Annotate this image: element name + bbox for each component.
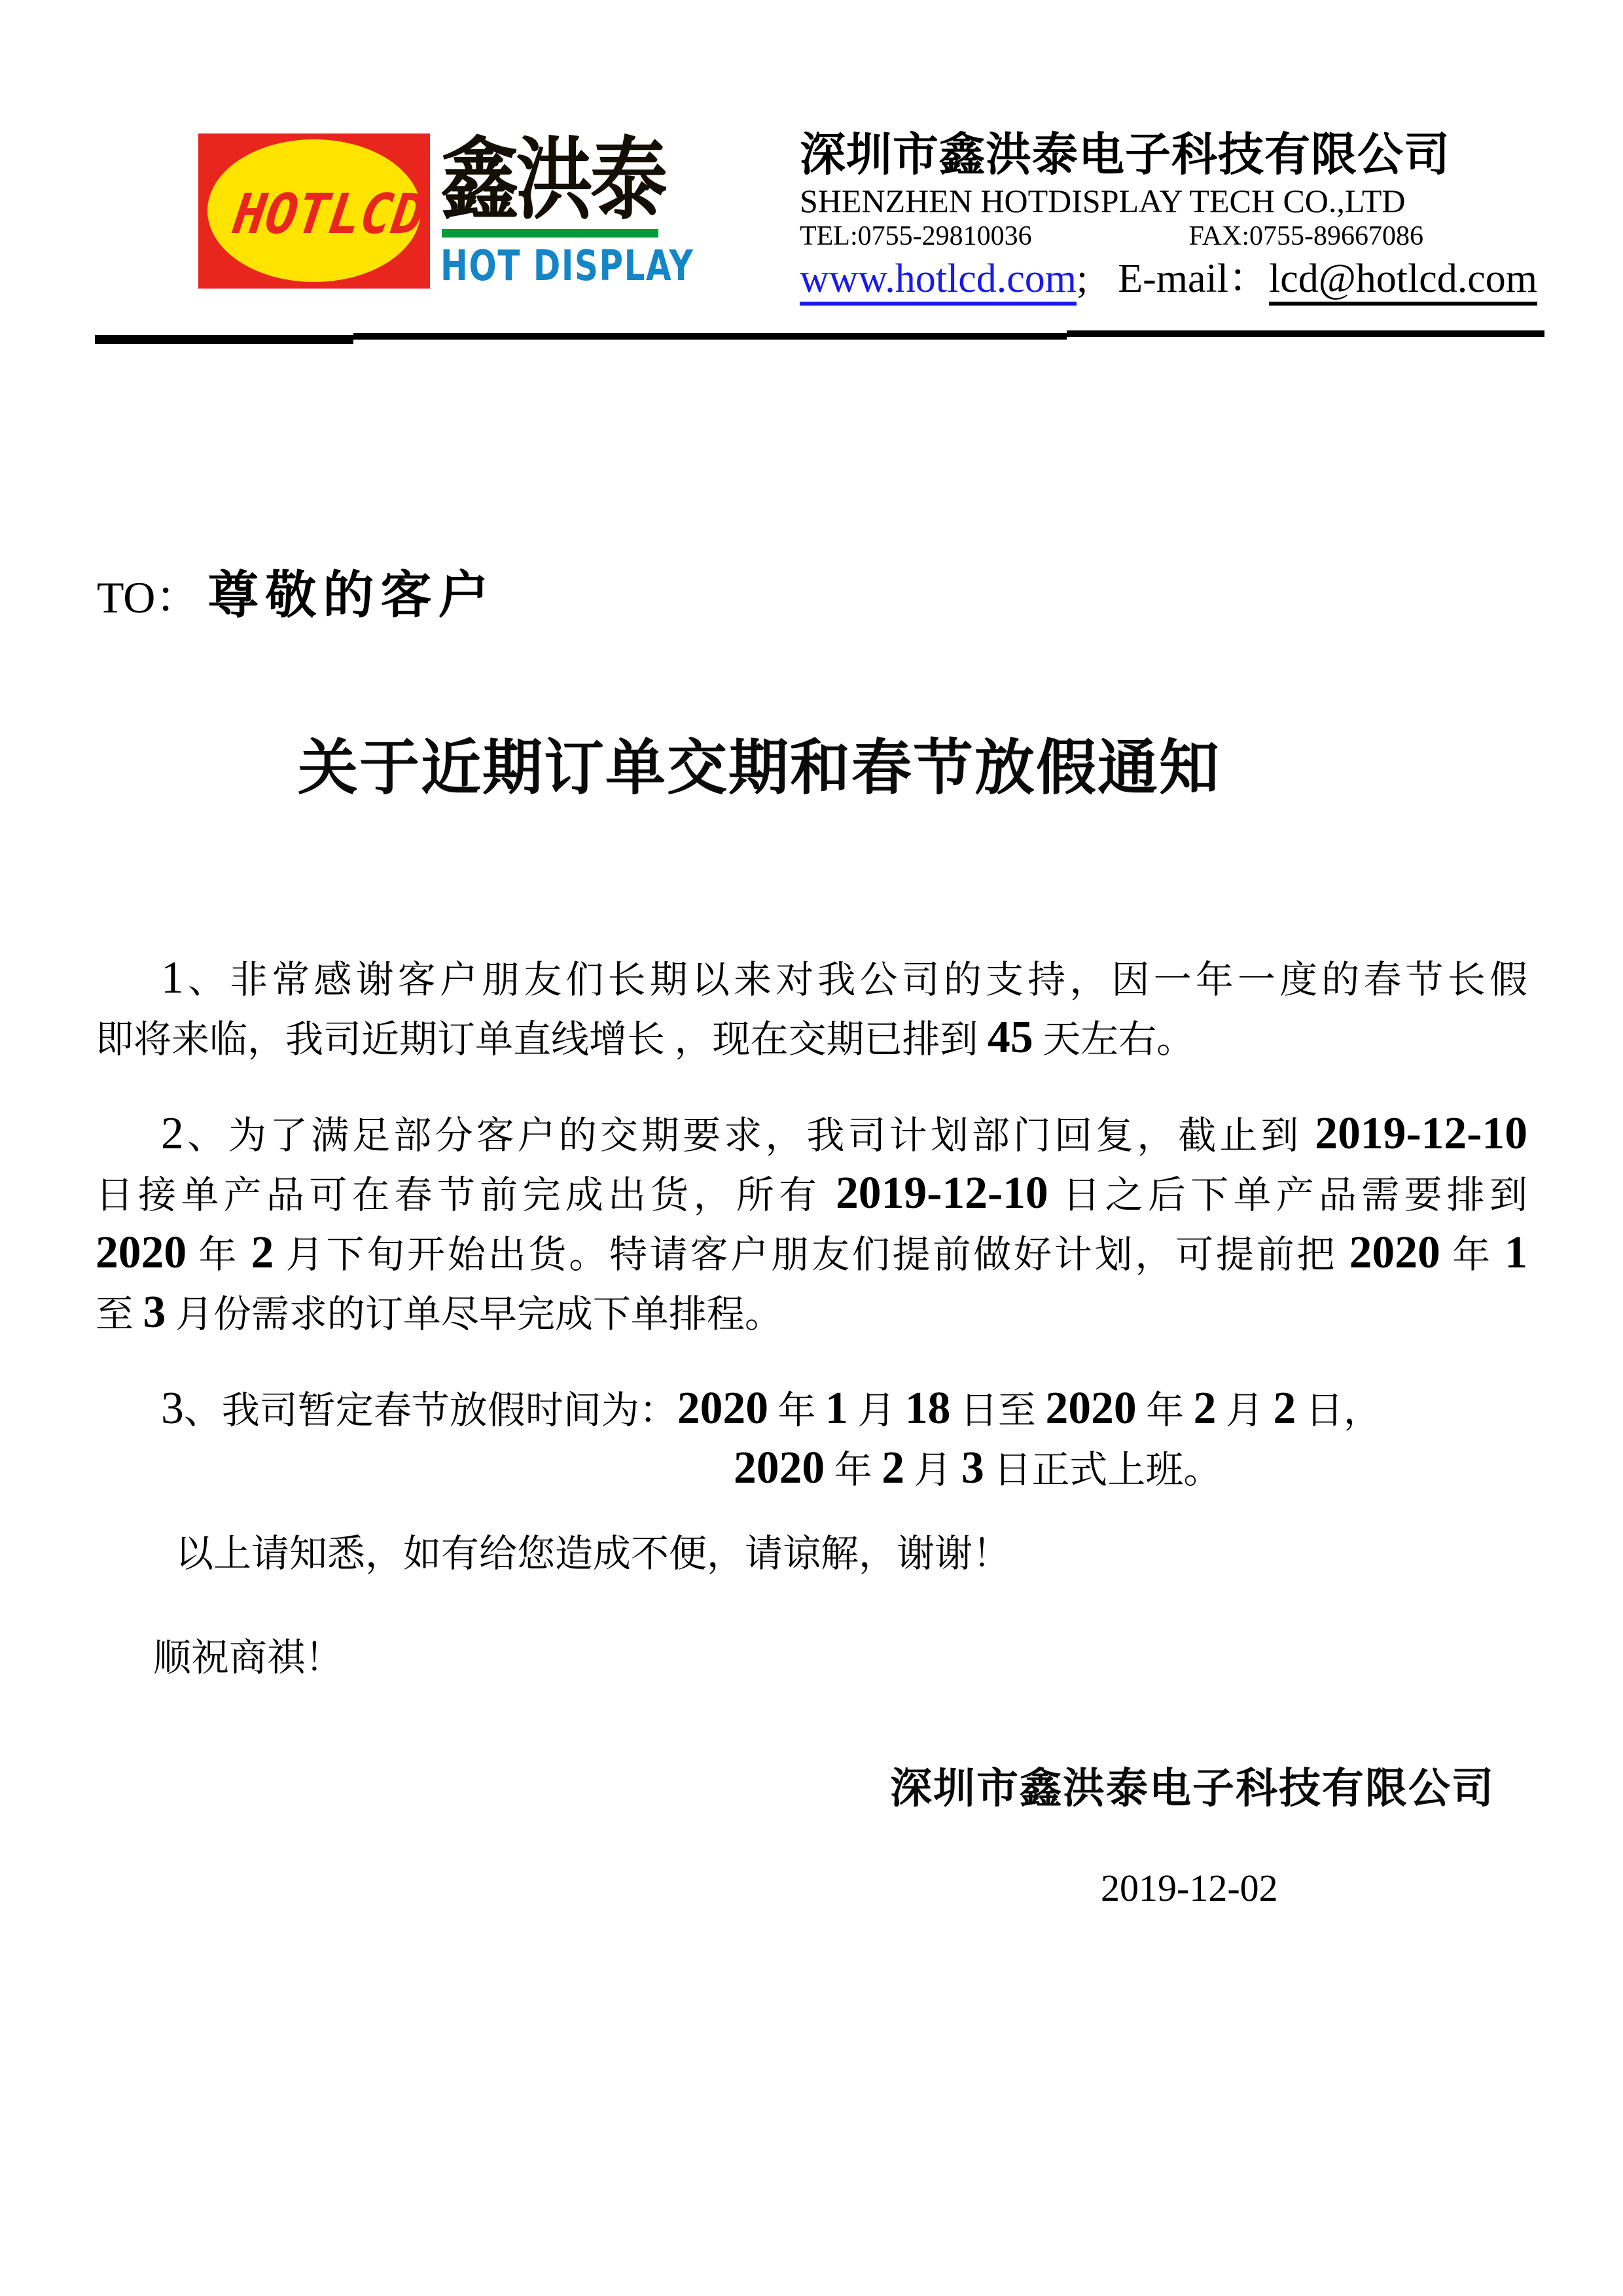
body-line: 日接单产品可在春节前完成出货，所有 2019-12-10 日之后下单产品需要排到 [96, 1165, 1527, 1224]
body-number: 2020 [1045, 1383, 1136, 1434]
company-name-english: SHENZHEN HOTDISPLAY TECH CO.,LTD [800, 184, 1406, 218]
body-line: 即将来临，我司近期订单直线增长 ，现在交期已排到 45 天左右。 [96, 1009, 1527, 1069]
website-separator: ; [1077, 256, 1088, 301]
letter-body: 1、非常感谢客户朋友们长期以来对我公司的支持，因一年一度的春节长假即将来临，我司… [96, 949, 1527, 1687]
body-number: 1 [825, 1383, 848, 1434]
header-rule-segment [1067, 330, 1544, 337]
body-text: 年 [187, 1233, 251, 1276]
body-text: 月份需求的订单尽早完成下单排程。 [166, 1293, 783, 1335]
header-rule-segment [95, 335, 353, 344]
header-rule-segment [353, 333, 1067, 340]
tel-fax-row: TEL:0755-29810036 FAX:0755-89667086 [800, 222, 1423, 251]
body-text: 日接单产品可在春节前完成出货，所有 [96, 1174, 836, 1216]
signature-company-name: 深圳市鑫洪泰电子科技有限公司 [890, 1767, 1495, 1811]
body-number: 2020 [1349, 1227, 1440, 1278]
letter-date: 2019-12-02 [1101, 1867, 1278, 1909]
body-text: 、为了满足部分客户的交期要求，我司计划部门回复，截止到 [184, 1114, 1315, 1157]
body-line: 3、我司暂定春节放假时间为：2020 年 1 月 18 日至 2020 年 2 … [96, 1380, 1527, 1439]
email-link[interactable]: lcd@hotlcd.com [1269, 256, 1537, 306]
body-text: 月下旬开始出货。特请客户朋友们提前做好计划，可提前把 [274, 1233, 1349, 1276]
body-number: 18 [905, 1383, 951, 1434]
body-line: 2020 年 2 月 3 日正式上班。 [96, 1439, 1623, 1499]
body-number: 3 [161, 1383, 184, 1434]
body-text: 、我司暂定春节放假时间为： [184, 1389, 677, 1432]
body-line: 至 3 月份需求的订单尽早完成下单排程。 [96, 1284, 1527, 1343]
body-number: 2 [882, 1443, 904, 1493]
para-3: 3、我司暂定春节放假时间为：2020 年 1 月 18 日至 2020 年 2 … [96, 1380, 1527, 1499]
body-text: 即将来临，我司近期订单直线增长 ，现在交期已排到 [96, 1018, 988, 1061]
logo-lcd-text: HOTLCD [229, 182, 429, 246]
body-line: 2020 年 2 月下旬开始出货。特请客户朋友们提前做好计划，可提前把 2020… [96, 1224, 1527, 1284]
notice-letter-page: HOTLCD 鑫洪泰 HOT DISPLAY 深圳市鑫洪泰电子科技有限公司 SH… [0, 0, 1623, 2296]
body-paragraphs: 1、非常感谢客户朋友们长期以来对我公司的支持，因一年一度的春节长假即将来临，我司… [96, 949, 1527, 1499]
company-logo: HOTLCD [198, 133, 430, 289]
body-line: 2、为了满足部分客户的交期要求，我司计划部门回复，截止到 2019-12-10 [96, 1105, 1527, 1165]
email-label: E-mail： [1118, 256, 1269, 301]
body-text: 、非常感谢客户朋友们长期以来对我公司的支持，因一年一度的春节长假 [184, 959, 1527, 1001]
body-text: 至 [96, 1293, 143, 1335]
body-line: 1、非常感谢客户朋友们长期以来对我公司的支持，因一年一度的春节长假 [96, 949, 1527, 1009]
body-text: 日， [1296, 1389, 1382, 1432]
contact-row: www.hotlcd.com;E-mail：lcd@hotlcd.com [800, 258, 1537, 300]
brand-name-chinese: 鑫洪泰 [441, 135, 665, 224]
body-text: 日至 [950, 1389, 1045, 1432]
body-number: 2019-12-10 [1315, 1108, 1527, 1159]
fax-number: FAX:0755-89667086 [1188, 222, 1423, 251]
brand-green-bar [442, 229, 658, 238]
tel-number: TEL:0755-29810036 [800, 222, 1032, 251]
body-number: 2 [1273, 1383, 1296, 1434]
body-number: 2 [161, 1108, 184, 1159]
body-number: 2 [1194, 1383, 1217, 1434]
body-number: 2019-12-10 [836, 1168, 1048, 1218]
body-number: 3 [961, 1443, 984, 1493]
body-number: 1 [161, 953, 184, 1003]
body-text: 年 [1440, 1233, 1505, 1276]
body-number: 2020 [677, 1383, 768, 1434]
closing-line: 以上请知悉，如有给您造成不便，请谅解，谢谢！ [96, 1525, 1527, 1583]
body-number: 2 [251, 1227, 274, 1278]
body-number: 2020 [96, 1227, 187, 1278]
notice-title: 关于近期订单交期和春节放假通知 [298, 734, 1221, 802]
body-text: 日正式上班。 [984, 1449, 1222, 1491]
body-number: 3 [143, 1287, 166, 1337]
website-link[interactable]: www.hotlcd.com [800, 256, 1077, 306]
body-number: 1 [1505, 1227, 1527, 1278]
body-text: 月 [1216, 1389, 1273, 1432]
para-2: 2、为了满足部分客户的交期要求，我司计划部门回复，截止到 2019-12-10日… [96, 1105, 1527, 1343]
body-text: 日之后下单产品需要排到 [1048, 1174, 1527, 1216]
body-text: 月 [904, 1449, 961, 1491]
body-text: 月 [848, 1389, 905, 1432]
body-number: 45 [988, 1012, 1033, 1063]
brand-name-english: HOT DISPLAY [440, 247, 694, 286]
body-number: 2020 [734, 1443, 825, 1493]
to-prefix: TO： [97, 561, 200, 633]
body-text: 天左右。 [1033, 1018, 1195, 1061]
regards-line: 顺祝商祺！ [96, 1629, 1527, 1687]
to-recipient: 尊敬的客户 [207, 559, 495, 631]
to-line: TO： 尊敬的客户 [97, 559, 495, 633]
body-text: 年 [1137, 1389, 1194, 1432]
body-text: 年 [825, 1449, 882, 1491]
body-text: 年 [768, 1389, 825, 1432]
company-name-chinese: 深圳市鑫洪泰电子科技有限公司 [800, 132, 1450, 180]
para-1: 1、非常感谢客户朋友们长期以来对我公司的支持，因一年一度的春节长假即将来临，我司… [96, 949, 1527, 1069]
